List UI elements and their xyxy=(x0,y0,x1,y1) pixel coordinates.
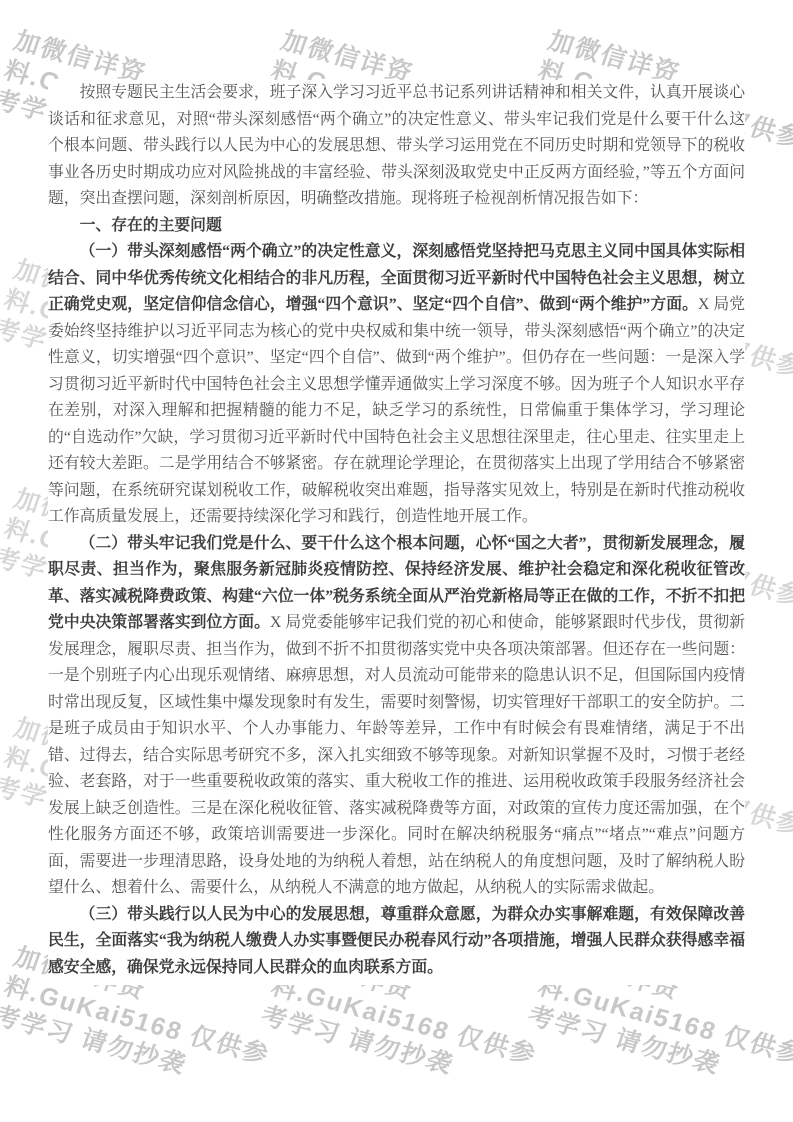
paragraph: （三）带头践行以人民为中心的发展思想，尊重群众意愿，为群众办实事解难题，有效保障… xyxy=(48,902,745,982)
document-page: 加微信详资料.GuKai5168 仅供参考学习 请勿抄袭加微信详资料.GuKai… xyxy=(0,0,793,1122)
paragraph: （一）带头深刻感悟“两个确立”的决定性意义，深刻感悟党坚持把马克思主义同中国具体… xyxy=(48,239,745,531)
text-segment: 一、存在的主要问题 xyxy=(80,217,222,234)
section-heading: 一、存在的主要问题 xyxy=(48,213,745,240)
text-segment: （三）带头践行以人民为中心的发展思想，尊重群众意愿，为群众办实事解难题，有效保障… xyxy=(48,906,745,976)
text-segment: X 局党委始终坚持维护以习近平同志为核心的党中央权威和集中统一领导，带头深刻感悟… xyxy=(48,296,745,525)
document-content: 按照专题民主生活会要求，班子深入学习习近平总书记系列讲话精神和相关文件，认真开展… xyxy=(48,80,745,985)
text-segment: （一）带头深刻感悟“两个确立”的决定性意义，深刻感悟党坚持把马克思主义同中国具体… xyxy=(48,243,745,313)
text-segment: X 局党委能够牢记我们党的初心和使命，能够紧跟时代步伐，贯彻新发展理念，履职尽责… xyxy=(48,614,745,896)
paragraph: 按照专题民主生活会要求，班子深入学习习近平总书记系列讲话精神和相关文件，认真开展… xyxy=(48,80,745,213)
paragraph: （二）带头牢记我们党是什么、要干什么这个根本问题，心怀“国之大者”，贯彻新发展理… xyxy=(48,531,745,902)
text-segment: 按照专题民主生活会要求，班子深入学习习近平总书记系列讲话精神和相关文件，认真开展… xyxy=(48,84,745,207)
